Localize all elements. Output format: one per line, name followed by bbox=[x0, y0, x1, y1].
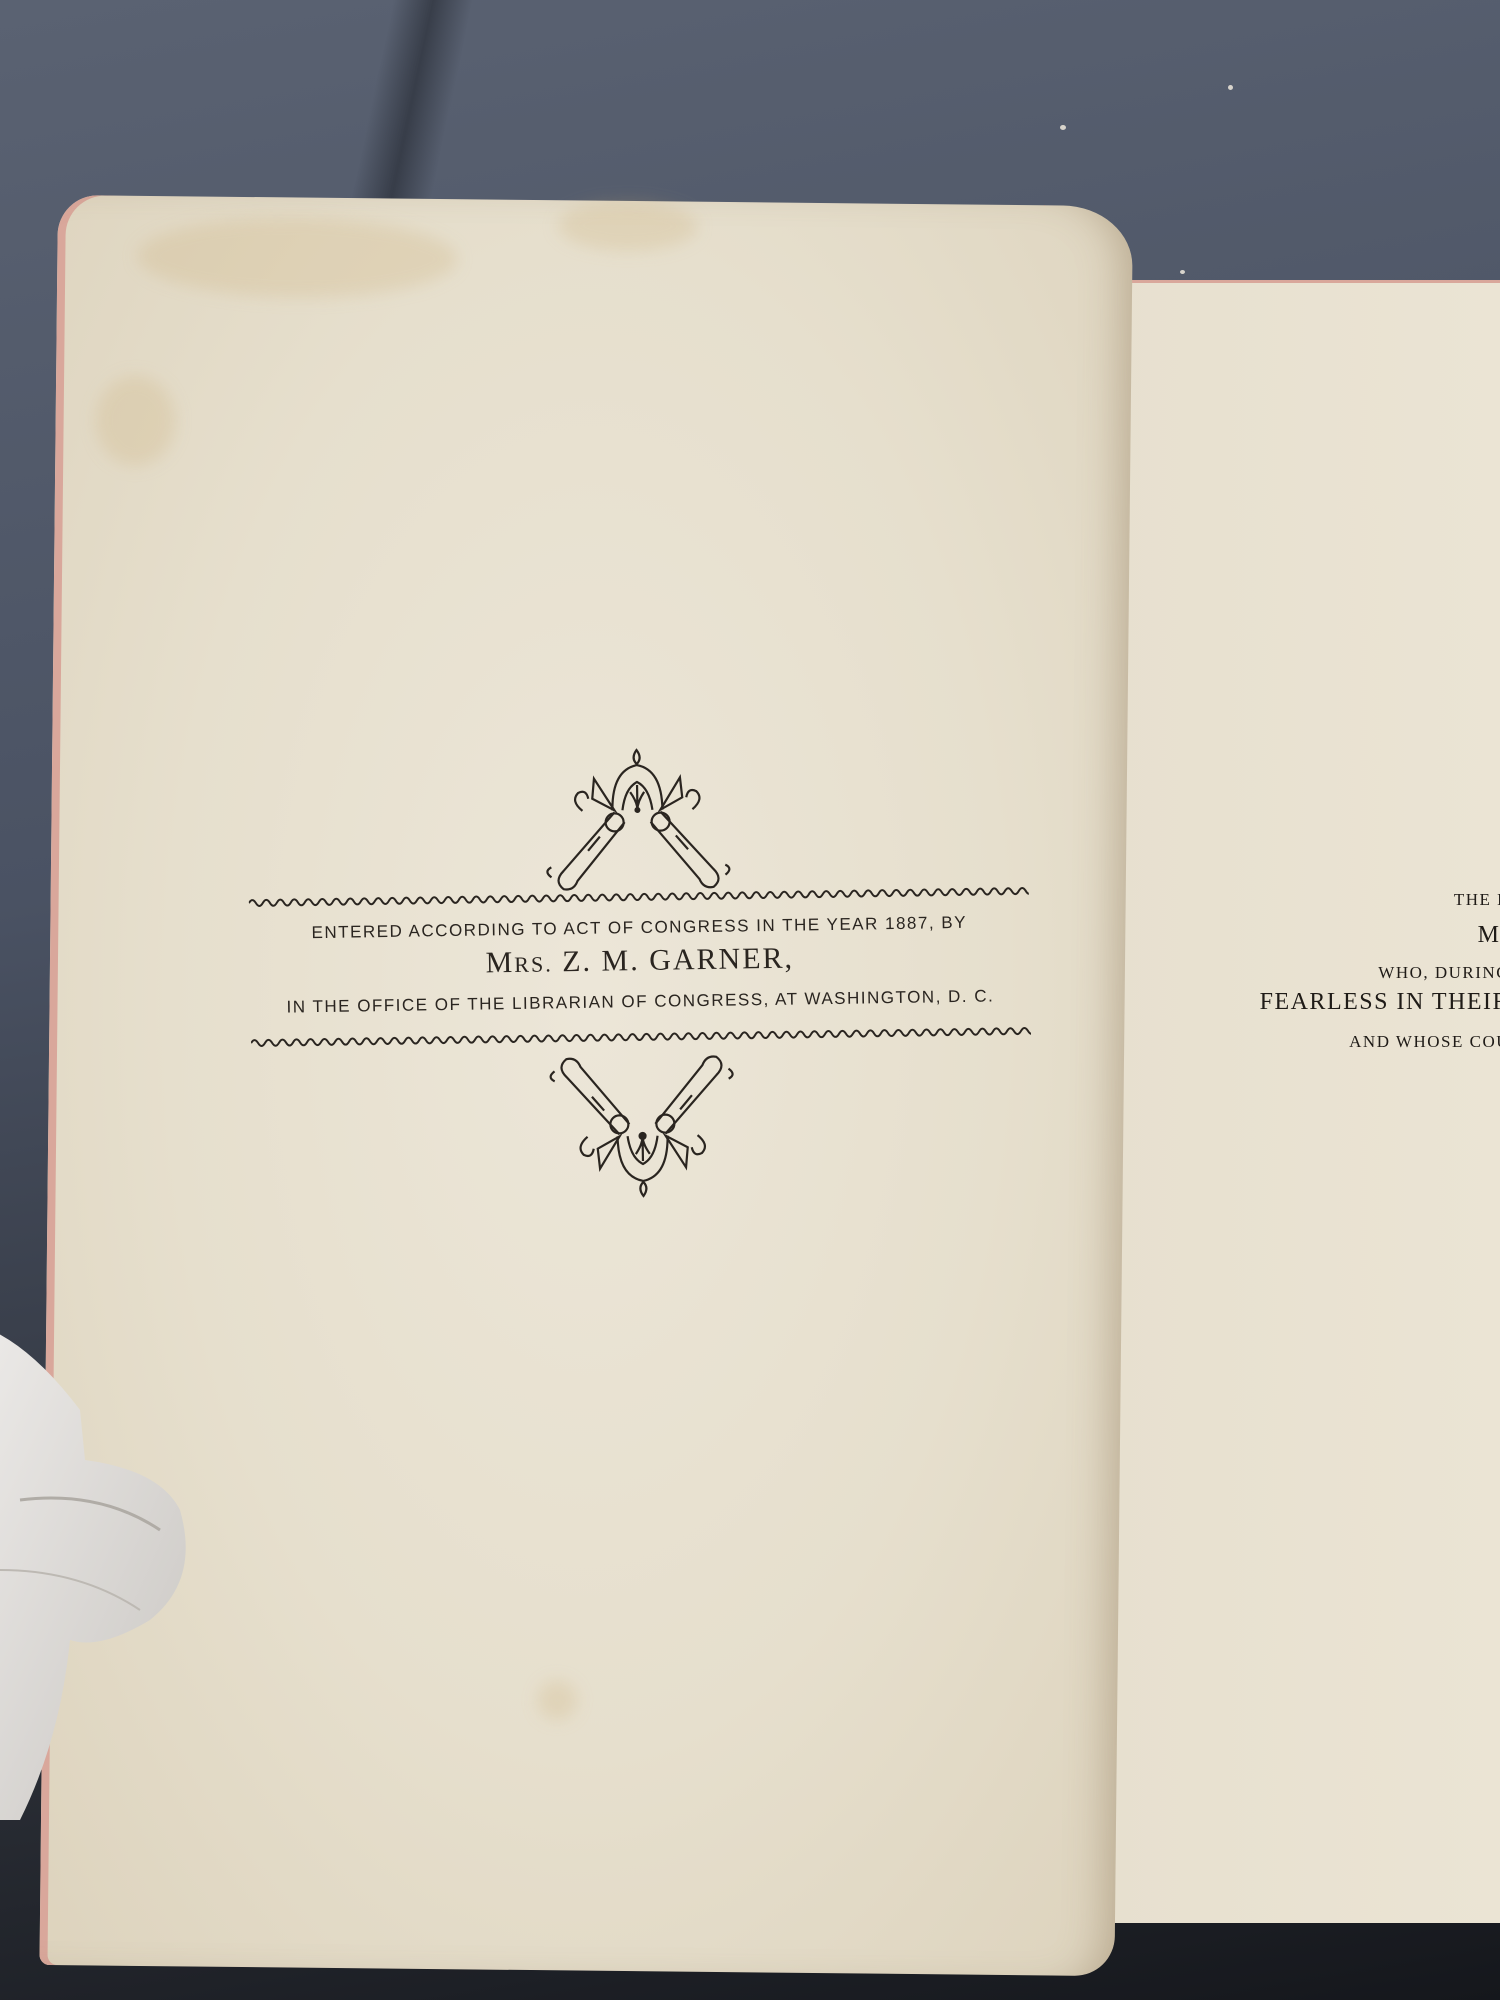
right-page bbox=[1070, 280, 1500, 1923]
author-prefix-cap: M bbox=[485, 946, 514, 979]
copyright-line-3: IN THE OFFICE OF THE LIBRARIAN OF CONGRE… bbox=[250, 986, 1030, 1018]
wavy-rule-bottom bbox=[251, 1024, 1031, 1050]
copyright-notice: ENTERED ACCORDING TO ACT OF CONGRESS IN … bbox=[246, 734, 1033, 1212]
white-glove-hand bbox=[0, 1320, 230, 1820]
dust-speck bbox=[1228, 85, 1233, 90]
foxing-stain bbox=[95, 375, 176, 466]
dedication-line: FEARLESS IN THEIR bbox=[1210, 989, 1500, 1016]
floral-chevron-down-ornament bbox=[546, 1054, 738, 1207]
dedication-text: THE B MI WHO, DURING FEARLESS IN THEIR A… bbox=[1210, 890, 1500, 1051]
dedication-line: WHO, DURING bbox=[1210, 963, 1500, 983]
author-line: MRS. Z. M. GARNER, bbox=[250, 938, 1030, 984]
foxing-stain bbox=[137, 216, 458, 299]
dust-speck bbox=[1060, 125, 1066, 130]
floral-chevron-up-ornament bbox=[541, 739, 733, 892]
dedication-line: THE B bbox=[1210, 890, 1500, 910]
dedication-line: AND WHOSE COU bbox=[1210, 1032, 1500, 1051]
dedication-line: MI bbox=[1210, 922, 1500, 949]
dust-speck bbox=[1180, 270, 1185, 274]
foxing-stain bbox=[557, 200, 698, 251]
author-name: Z. M. GARNER, bbox=[562, 942, 794, 979]
author-prefix-small: RS. bbox=[514, 951, 553, 977]
cloth-fold-shadow bbox=[347, 0, 474, 220]
foxing-stain bbox=[537, 1680, 577, 1720]
